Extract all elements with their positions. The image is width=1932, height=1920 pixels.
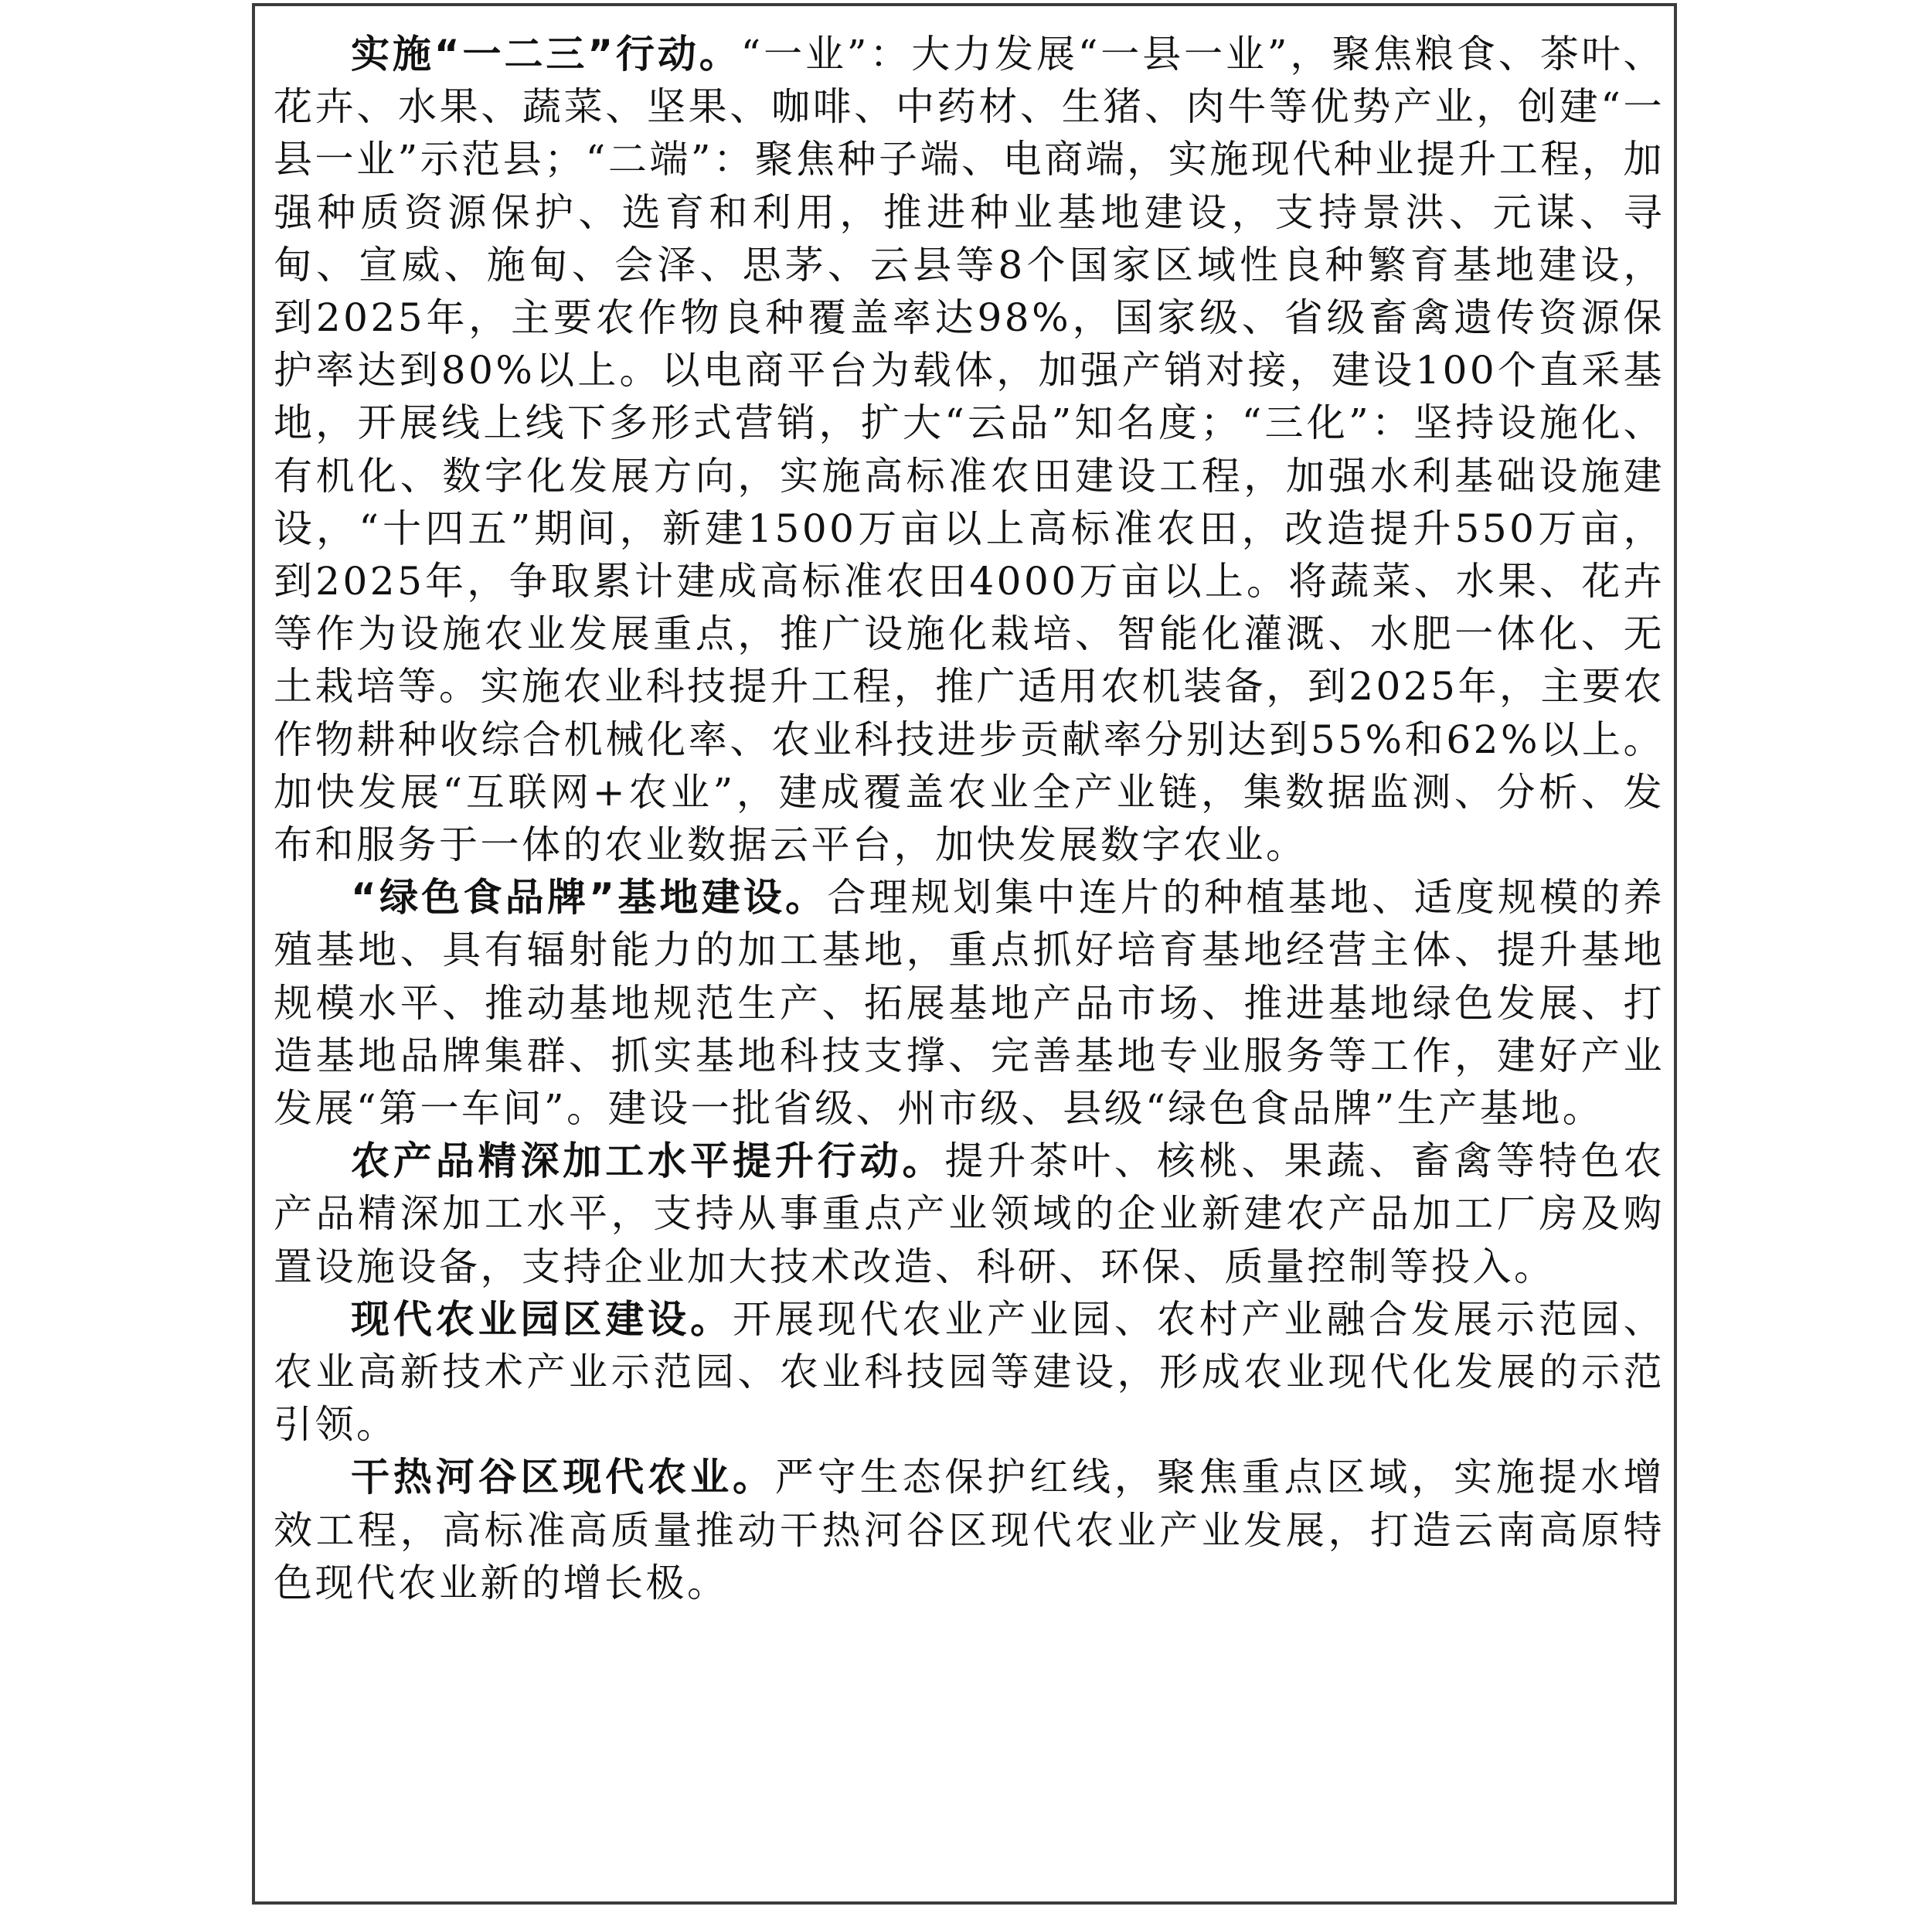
paragraph-agri-park: 现代农业园区建设。开展现代农业产业园、农村产业融合发展示范园、农业高新技术产业示… [274,1293,1665,1452]
paragraph-heading: 农产品精深加工水平提升行动。 [351,1139,944,1183]
paragraph-yi-er-san-action: 实施“一二三”行动。“一业”：大力发展“一县一业”，聚焦粮食、茶叶、花卉、水果、… [274,28,1665,871]
paragraph-green-food-brand-base: “绿色食品牌”基地建设。合理规划集中连片的种植基地、适度规模的养殖基地、具有辐射… [274,871,1665,1135]
document-page-frame: 实施“一二三”行动。“一业”：大力发展“一县一业”，聚焦粮食、茶叶、花卉、水果、… [252,3,1677,1905]
paragraph-heading: 干热河谷区现代农业。 [351,1455,775,1500]
paragraph-deep-processing: 农产品精深加工水平提升行动。提升茶叶、核桃、果蔬、畜禽等特色农产品精深加工水平，… [274,1135,1665,1293]
paragraph-heading: “绿色食品牌”基地建设。 [351,875,827,920]
paragraph-dry-hot-valley: 干热河谷区现代农业。严守生态保护红线，聚焦重点区域，实施提水增效工程，高标准高质… [274,1451,1665,1609]
document-body: 实施“一二三”行动。“一业”：大力发展“一县一业”，聚焦粮食、茶叶、花卉、水果、… [274,28,1665,1609]
paragraph-heading: 实施“一二三”行动。 [351,32,741,77]
paragraph-text: “一业”：大力发展“一县一业”，聚焦粮食、茶叶、花卉、水果、蔬菜、坚果、咖啡、中… [274,32,1665,867]
paragraph-heading: 现代农业园区建设。 [351,1297,733,1342]
